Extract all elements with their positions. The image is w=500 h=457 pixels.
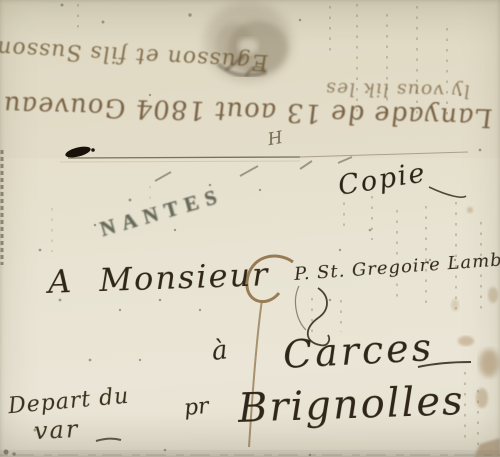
letter-cover-scan: Egusson et fils Susson ly vous lik les L… bbox=[0, 0, 500, 457]
fold-mark: H bbox=[267, 130, 285, 150]
origin-note-line2: var bbox=[33, 417, 80, 445]
address-preposition: à bbox=[211, 337, 229, 366]
address-town: Carces bbox=[282, 328, 435, 376]
address-route-town: Brignolles bbox=[237, 380, 465, 430]
address-via-abbrev: pr bbox=[183, 395, 210, 421]
address-salutation: A Monsieur bbox=[47, 258, 269, 299]
